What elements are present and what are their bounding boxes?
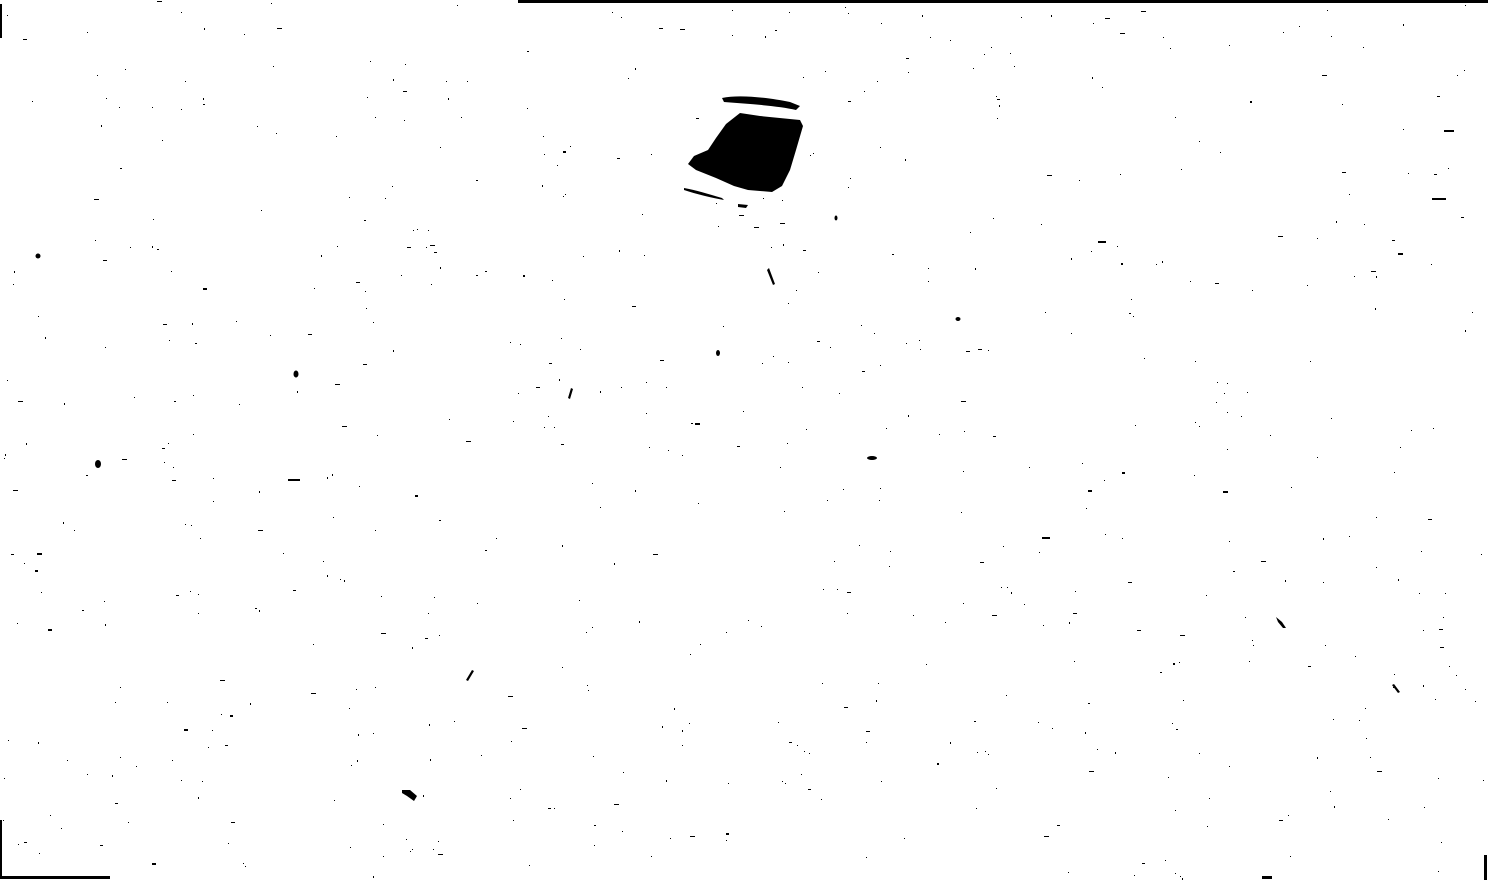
right-edge-mark-bottom bbox=[1484, 855, 1487, 880]
bottom-left-band bbox=[0, 876, 110, 879]
top-edge-band bbox=[518, 0, 1488, 3]
left-edge-mark bbox=[0, 4, 2, 38]
photo-canvas bbox=[0, 0, 1488, 880]
left-edge-mark-bottom bbox=[0, 820, 2, 878]
